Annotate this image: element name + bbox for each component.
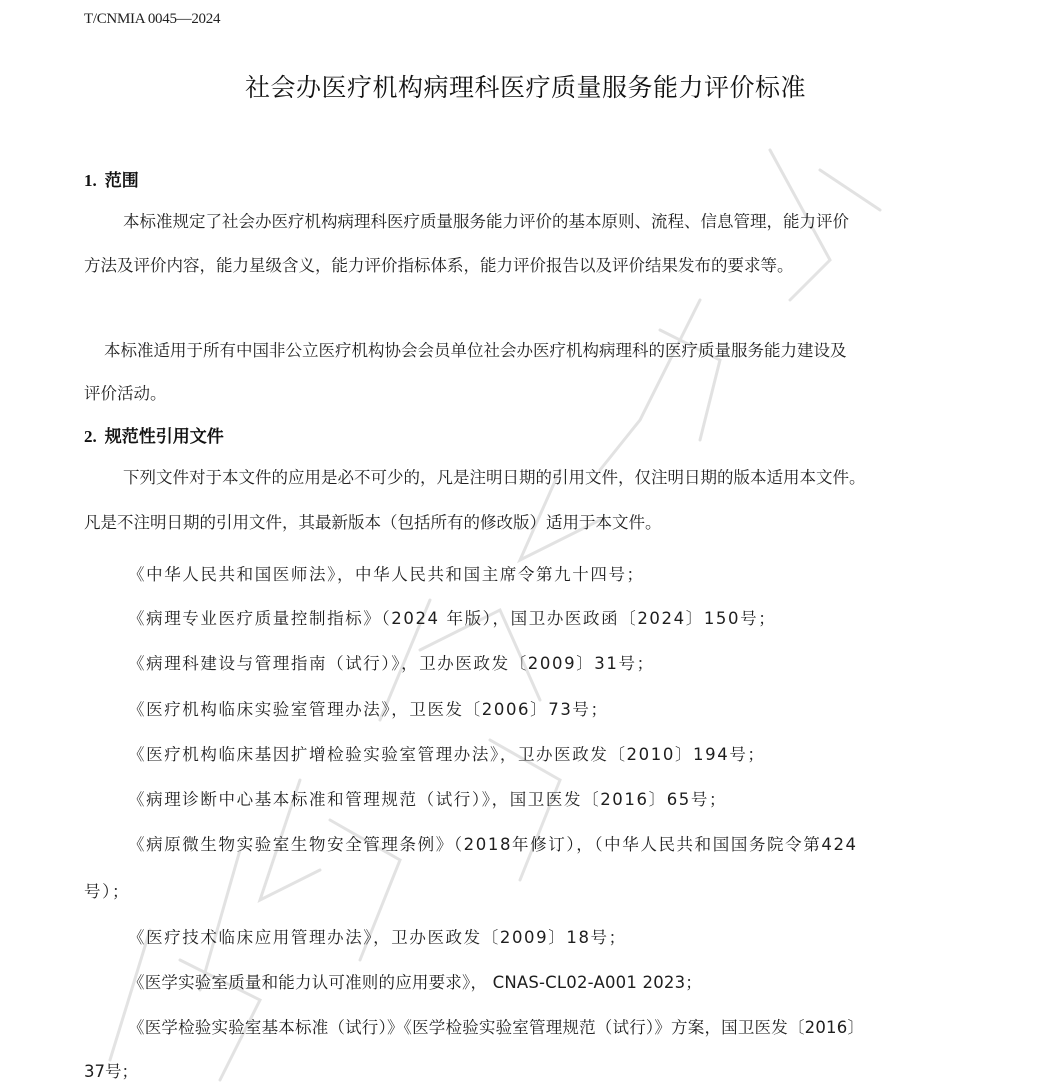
paragraph-line: 凡是不注明日期的引用文件，其最新版本（包括所有的修改版）适用于本文件。 [84,509,662,533]
section-number: 1. [84,171,97,190]
section-title: 范围 [105,171,139,191]
reference-item: 《医学检验实验室基本标准（试行）》《医学检验实验室管理规范（试行）》方案，国卫医… [128,1014,864,1038]
paragraph-line: 本标准适用于所有中国非公立医疗机构协会会员单位社会办医疗机构病理科的医疗质量服务… [104,337,847,361]
document-code: T/CNMIA 0045—2024 [84,11,220,28]
section-heading-normative-references: 2.规范性引用文件 [84,422,224,447]
section-title: 规范性引用文件 [105,427,224,447]
reference-item-continuation: 37号； [84,1058,138,1082]
reference-item: 《医疗机构临床基因扩增检验实验室管理办法》，卫办医政发〔2010〕194号； [128,741,766,765]
reference-item: 《病理诊断中心基本标准和管理规范（试行）》，国卫医发〔2016〕65号； [128,786,727,810]
reference-item: 《医疗机构临床实验室管理办法》，卫医发〔2006〕73号； [128,696,609,720]
reference-item: 《医学实验室质量和能力认可准则的应用要求》， CNAS-CL02-A001 20… [128,969,702,993]
document-page: T/CNMIA 0045—2024 社会办医疗机构病理科医疗质量服务能力评价标准… [0,0,1051,1086]
section-number: 2. [84,427,97,446]
document-title: 社会办医疗机构病理科医疗质量服务能力评价标准 [0,68,1051,104]
paragraph-line: 方法及评价内容，能力星级含义，能力评价指标体系，能力评价报告以及评价结果发布的要… [84,252,794,276]
reference-item: 《病理专业医疗质量控制指标》（2024 年版），国卫办医政函〔2024〕150号… [128,605,776,629]
reference-item: 《病理科建设与管理指南（试行）》，卫办医政发〔2009〕31号； [128,650,655,674]
reference-item: 《病原微生物实验室生物安全管理条例》（2018年修订），（中华人民共和国国务院令… [128,831,858,855]
reference-item: 《中华人民共和国医师法》，中华人民共和国主席令第九十四号； [128,561,645,585]
reference-item-continuation: 号）； [84,878,130,902]
section-heading-scope: 1.范围 [84,166,139,191]
paragraph-line: 评价活动。 [84,380,167,404]
reference-item: 《医疗技术临床应用管理办法》，卫办医政发〔2009〕18号； [128,924,627,948]
paragraph-line: 本标准规定了社会办医疗机构病理科医疗质量服务能力评价的基本原则、流程、信息管理，… [123,208,849,232]
paragraph-line: 下列文件对于本文件的应用是必不可少的，凡是注明日期的引用文件，仅注明日期的版本适… [123,464,866,488]
